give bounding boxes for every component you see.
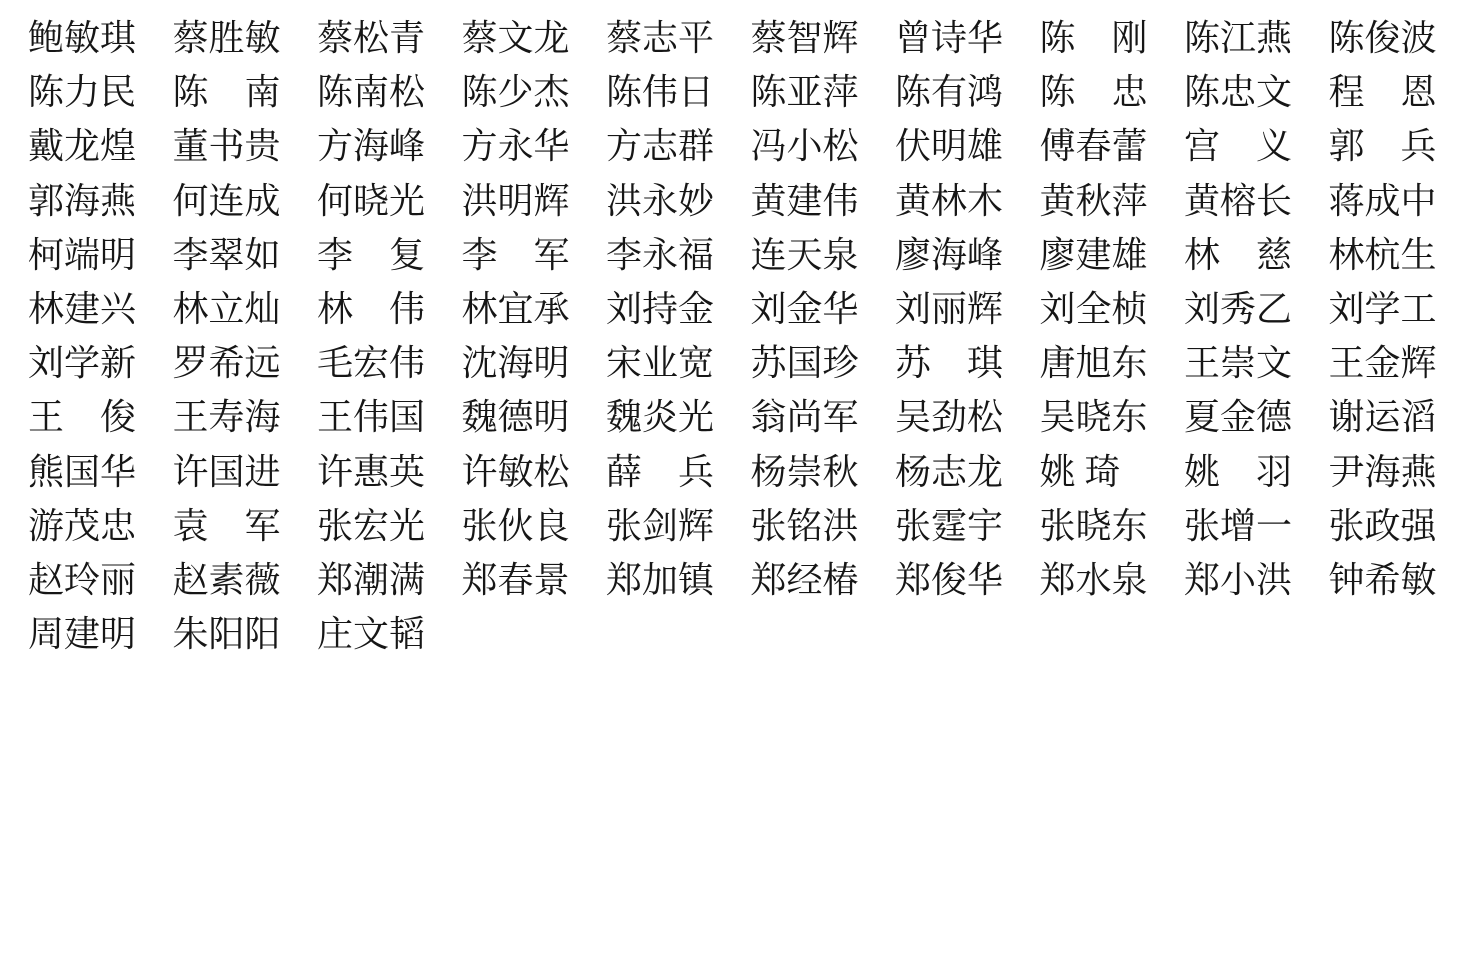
person-name: 廖海峰 xyxy=(895,228,1003,282)
name-row: 游茂忠袁 军张宏光张伙良张剑辉张铭洪张霆宇张晓东张增一张政强 xyxy=(28,499,1440,553)
name-list-page: 鲍敏琪蔡胜敏蔡松青蔡文龙蔡志平蔡智辉曾诗华陈 刚陈江燕陈俊波陈力民陈 南陈南松陈… xyxy=(28,11,1440,661)
person-name: 蒋成中 xyxy=(1329,174,1437,228)
person-name: 许敏松 xyxy=(462,445,570,499)
person-name: 张宏光 xyxy=(317,499,425,553)
person-name: 杨崇秋 xyxy=(751,445,859,499)
person-name: 赵玲丽 xyxy=(28,553,136,607)
person-name: 周建明 xyxy=(28,607,136,661)
person-name: 方海峰 xyxy=(317,119,425,173)
person-name: 陈力民 xyxy=(28,65,136,119)
person-name: 熊国华 xyxy=(28,445,136,499)
person-name: 曾诗华 xyxy=(895,11,1003,65)
name-row: 鲍敏琪蔡胜敏蔡松青蔡文龙蔡志平蔡智辉曾诗华陈 刚陈江燕陈俊波 xyxy=(28,11,1440,65)
person-name: 郭 兵 xyxy=(1329,119,1437,173)
person-name: 黄建伟 xyxy=(751,174,859,228)
person-name: 傅春蕾 xyxy=(1040,119,1148,173)
person-name: 董书贵 xyxy=(173,119,281,173)
person-name: 郑春景 xyxy=(462,553,570,607)
name-row: 王 俊王寿海王伟国魏德明魏炎光翁尚军吴劲松吴晓东夏金德谢运滔 xyxy=(28,390,1440,444)
person-name: 张政强 xyxy=(1329,499,1437,553)
person-name: 王伟国 xyxy=(317,390,425,444)
person-name: 蔡胜敏 xyxy=(173,11,281,65)
person-name: 蔡志平 xyxy=(606,11,714,65)
person-name: 洪明辉 xyxy=(462,174,570,228)
person-name: 许国进 xyxy=(173,445,281,499)
person-name: 洪永妙 xyxy=(606,174,714,228)
person-name: 陈有鸿 xyxy=(895,65,1003,119)
person-name: 陈俊波 xyxy=(1329,11,1437,65)
person-name: 钟希敏 xyxy=(1329,553,1437,607)
person-name: 林 慈 xyxy=(1184,228,1292,282)
name-row: 柯端明李翠如李 复李 军李永福连天泉廖海峰廖建雄林 慈林杭生 xyxy=(28,228,1440,282)
person-name: 苏 琪 xyxy=(895,336,1003,390)
person-name: 郑水泉 xyxy=(1040,553,1148,607)
person-name: 庄文韬 xyxy=(317,607,425,661)
person-name: 刘金华 xyxy=(751,282,859,336)
person-name: 黄林木 xyxy=(895,174,1003,228)
person-name: 方永华 xyxy=(462,119,570,173)
person-name: 李永福 xyxy=(606,228,714,282)
person-name: 李 复 xyxy=(317,228,425,282)
name-row: 赵玲丽赵素薇郑潮满郑春景郑加镇郑经椿郑俊华郑水泉郑小洪钟希敏 xyxy=(28,553,1440,607)
person-name: 夏金德 xyxy=(1184,390,1292,444)
person-name: 伏明雄 xyxy=(895,119,1003,173)
person-name: 宫 义 xyxy=(1184,119,1292,173)
person-name: 张伙良 xyxy=(462,499,570,553)
person-name: 林宜承 xyxy=(462,282,570,336)
person-name: 刘全桢 xyxy=(1040,282,1148,336)
person-name: 黄榕长 xyxy=(1184,174,1292,228)
person-name: 廖建雄 xyxy=(1040,228,1148,282)
person-name: 陈南松 xyxy=(317,65,425,119)
name-row: 周建明朱阳阳庄文韬 xyxy=(28,607,1440,661)
name-row: 林建兴林立灿林 伟林宜承刘持金刘金华刘丽辉刘全桢刘秀乙刘学工 xyxy=(28,282,1440,336)
person-name: 游茂忠 xyxy=(28,499,136,553)
name-row: 刘学新罗希远毛宏伟沈海明宋业宽苏国珍苏 琪唐旭东王崇文王金辉 xyxy=(28,336,1440,390)
person-name: 李翠如 xyxy=(173,228,281,282)
person-name: 林建兴 xyxy=(28,282,136,336)
person-name: 张铭洪 xyxy=(751,499,859,553)
person-name: 程 恩 xyxy=(1329,65,1437,119)
person-name: 郭海燕 xyxy=(28,174,136,228)
person-name: 刘秀乙 xyxy=(1184,282,1292,336)
person-name: 陈 刚 xyxy=(1040,11,1148,65)
person-name: 戴龙煌 xyxy=(28,119,136,173)
person-name: 柯端明 xyxy=(28,228,136,282)
person-name: 连天泉 xyxy=(751,228,859,282)
person-name: 王崇文 xyxy=(1184,336,1292,390)
person-name: 赵素薇 xyxy=(173,553,281,607)
person-name: 鲍敏琪 xyxy=(28,11,136,65)
person-name: 魏炎光 xyxy=(606,390,714,444)
person-name: 何晓光 xyxy=(317,174,425,228)
person-name: 陈 忠 xyxy=(1040,65,1148,119)
person-name: 吴晓东 xyxy=(1040,390,1148,444)
person-name: 刘丽辉 xyxy=(895,282,1003,336)
person-name: 郑经椿 xyxy=(751,553,859,607)
person-name: 蔡智辉 xyxy=(751,11,859,65)
person-name: 冯小松 xyxy=(751,119,859,173)
person-name: 沈海明 xyxy=(462,336,570,390)
person-name: 郑俊华 xyxy=(895,553,1003,607)
person-name: 蔡文龙 xyxy=(462,11,570,65)
person-name: 林立灿 xyxy=(173,282,281,336)
person-name: 王金辉 xyxy=(1329,336,1437,390)
person-name: 方志群 xyxy=(606,119,714,173)
person-name: 许惠英 xyxy=(317,445,425,499)
person-name: 罗希远 xyxy=(173,336,281,390)
person-name: 魏德明 xyxy=(462,390,570,444)
person-name: 蔡松青 xyxy=(317,11,425,65)
name-row: 戴龙煌董书贵方海峰方永华方志群冯小松伏明雄傅春蕾宫 义郭 兵 xyxy=(28,119,1440,173)
person-name: 王寿海 xyxy=(173,390,281,444)
person-name: 吴劲松 xyxy=(895,390,1003,444)
person-name: 姚 琦 xyxy=(1040,445,1148,499)
person-name: 陈少杰 xyxy=(462,65,570,119)
person-name: 张增一 xyxy=(1184,499,1292,553)
person-name: 薛 兵 xyxy=(606,445,714,499)
person-name: 郑潮满 xyxy=(317,553,425,607)
person-name: 张剑辉 xyxy=(606,499,714,553)
person-name: 毛宏伟 xyxy=(317,336,425,390)
name-row: 郭海燕何连成何晓光洪明辉洪永妙黄建伟黄林木黄秋萍黄榕长蒋成中 xyxy=(28,174,1440,228)
person-name: 刘学新 xyxy=(28,336,136,390)
person-name: 何连成 xyxy=(173,174,281,228)
person-name: 袁 军 xyxy=(173,499,281,553)
person-name: 张霆宇 xyxy=(895,499,1003,553)
person-name: 李 军 xyxy=(462,228,570,282)
person-name: 张晓东 xyxy=(1040,499,1148,553)
person-name: 杨志龙 xyxy=(895,445,1003,499)
person-name: 姚 羽 xyxy=(1184,445,1292,499)
person-name: 宋业宽 xyxy=(606,336,714,390)
person-name: 陈忠文 xyxy=(1184,65,1292,119)
person-name: 唐旭东 xyxy=(1040,336,1148,390)
person-name: 尹海燕 xyxy=(1329,445,1437,499)
person-name: 刘学工 xyxy=(1329,282,1437,336)
person-name: 苏国珍 xyxy=(751,336,859,390)
person-name: 王 俊 xyxy=(28,390,136,444)
person-name: 朱阳阳 xyxy=(173,607,281,661)
person-name: 郑小洪 xyxy=(1184,553,1292,607)
person-name: 郑加镇 xyxy=(606,553,714,607)
person-name: 翁尚军 xyxy=(751,390,859,444)
person-name: 陈亚萍 xyxy=(751,65,859,119)
person-name: 陈江燕 xyxy=(1184,11,1292,65)
person-name: 林 伟 xyxy=(317,282,425,336)
person-name: 陈伟日 xyxy=(606,65,714,119)
person-name: 刘持金 xyxy=(606,282,714,336)
person-name: 谢运滔 xyxy=(1329,390,1437,444)
person-name: 黄秋萍 xyxy=(1040,174,1148,228)
person-name: 陈 南 xyxy=(173,65,281,119)
name-row: 陈力民陈 南陈南松陈少杰陈伟日陈亚萍陈有鸿陈 忠陈忠文程 恩 xyxy=(28,65,1440,119)
person-name: 林杭生 xyxy=(1329,228,1437,282)
name-row: 熊国华许国进许惠英许敏松薛 兵杨崇秋杨志龙姚 琦姚 羽尹海燕 xyxy=(28,445,1440,499)
